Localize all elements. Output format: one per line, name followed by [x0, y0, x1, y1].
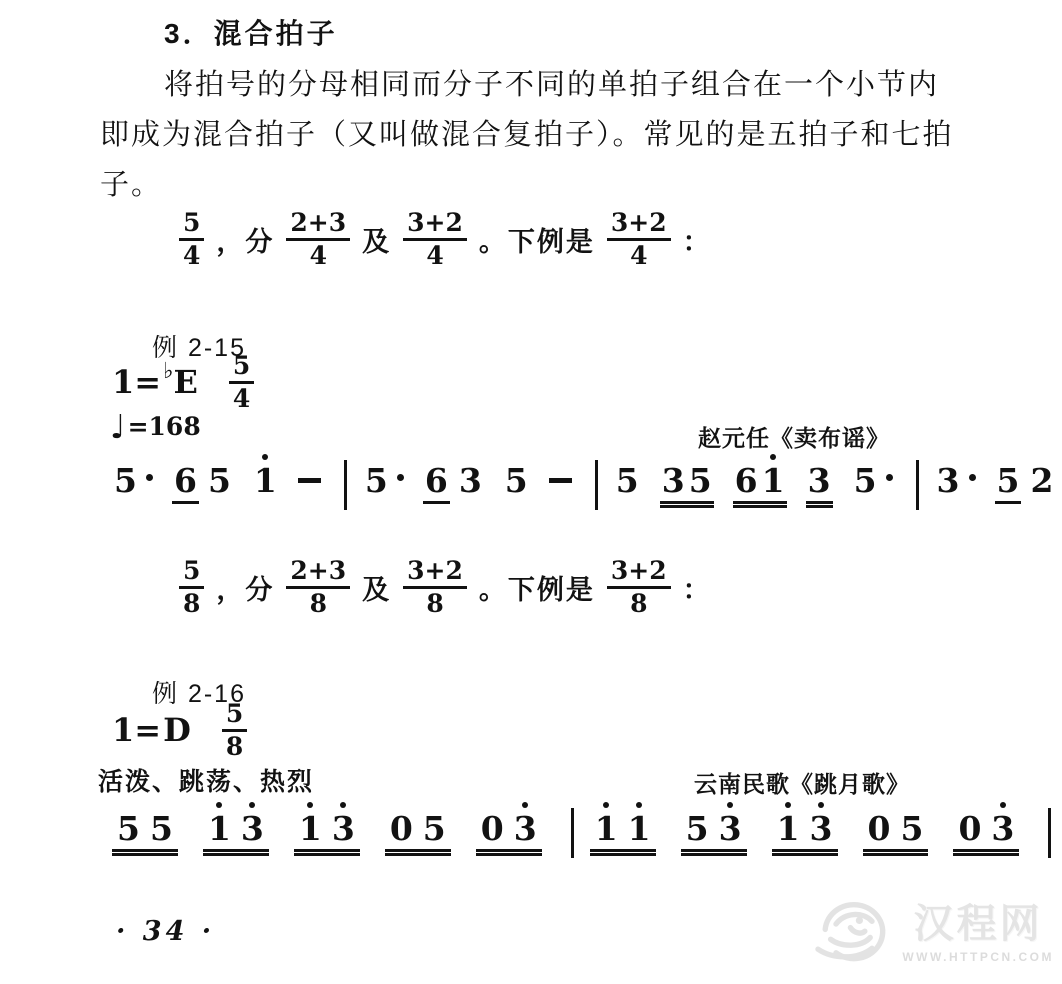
note: 53 — [681, 812, 747, 852]
score-line-1: 5651563553561353523 — [112, 464, 1062, 510]
fraction-denominator: 8 — [630, 589, 647, 618]
time-signature-denominator: 4 — [233, 384, 250, 413]
note-digit: 5 — [206, 464, 233, 497]
formula-text: 及 — [362, 220, 391, 259]
note: 6 — [172, 464, 199, 504]
formula-text: 。下例是 — [479, 220, 595, 259]
fraction-denominator: 4 — [310, 241, 327, 270]
note-digit: 1 — [252, 464, 279, 497]
section-title: 3．混合拍子 — [164, 12, 338, 52]
note: 13 — [203, 812, 269, 852]
key-signature-1: 1=♭E 5 4 — [112, 352, 259, 412]
watermark-logo-icon — [808, 888, 900, 978]
barline — [916, 460, 919, 510]
fraction-denominator: 4 — [630, 241, 647, 270]
key-prefix: 1= — [112, 363, 161, 401]
note-digit: 3 — [236, 812, 269, 845]
fraction-denominator: 8 — [310, 589, 327, 618]
note: 61 — [733, 464, 787, 504]
dash-note — [298, 478, 321, 483]
paragraph-line: 将拍号的分母相同而分子不同的单拍子组合在一个小节内 — [100, 60, 972, 110]
note-digit: 5 — [363, 464, 390, 497]
fraction-numerator: 3+2 — [607, 557, 671, 589]
fraction-numerator: 3+2 — [607, 209, 671, 241]
note: 2 — [1028, 464, 1055, 501]
watermark-brand: 汉程网 — [914, 902, 1043, 946]
note-digit: 3 — [327, 812, 360, 845]
note: 03 — [476, 812, 542, 852]
formula-text: ，分 — [216, 568, 274, 607]
barline — [595, 460, 598, 510]
augmentation-dot — [397, 474, 404, 481]
fraction: 3+28 — [403, 557, 467, 617]
note-digit: 0 — [476, 812, 509, 845]
time-signature-numerator: 5 — [222, 700, 247, 732]
paragraph-line: 子。 — [100, 160, 972, 210]
time-signature: 5 4 — [229, 352, 254, 412]
fraction: 3+28 — [607, 557, 671, 617]
note-digit: 1 — [590, 812, 623, 845]
note-digit: 3 — [660, 464, 687, 497]
paragraph-line: 即成为混合拍子（又叫做混合复拍子）。常见的是五拍子和七拍 — [100, 110, 972, 160]
formula-text: ，分 — [216, 220, 274, 259]
barline — [571, 808, 574, 858]
formula-text: ： — [683, 220, 712, 259]
page-number: · 34 · — [116, 916, 215, 947]
formula-text: 。下例是 — [479, 568, 595, 607]
note: 5 — [363, 464, 404, 501]
score-line-2: 55131305031153130503 — [112, 812, 1051, 858]
fraction-numerator: 2+3 — [286, 557, 350, 589]
note-digit: 1 — [203, 812, 236, 845]
note: 5 — [112, 464, 153, 501]
fraction: 3+24 — [607, 209, 671, 269]
note-digit: 5 — [503, 464, 530, 497]
augmentation-dot — [969, 474, 976, 481]
fraction-numerator: 5 — [179, 557, 204, 589]
note-digit: 6 — [733, 464, 760, 497]
body-paragraph: 将拍号的分母相同而分子不同的单拍子组合在一个小节内 即成为混合拍子（又叫做混合复… — [100, 60, 972, 210]
note: 35 — [660, 464, 714, 504]
augmentation-dot — [146, 474, 153, 481]
tempo-value: =168 — [128, 412, 201, 441]
note-digit: 0 — [953, 812, 986, 845]
fraction-denominator: 4 — [426, 241, 443, 270]
note: 5 — [503, 464, 530, 501]
note-digit: 6 — [172, 464, 199, 497]
note: 55 — [112, 812, 178, 852]
attribution-2: 云南民歌《跳月歌》 — [694, 766, 910, 799]
fraction: 54 — [179, 209, 204, 269]
note: 3 — [935, 464, 976, 501]
note-digit: 1 — [294, 812, 327, 845]
note-digit: 6 — [423, 464, 450, 497]
note-digit: 0 — [385, 812, 418, 845]
note-digit: 5 — [895, 812, 928, 845]
note-digit: 2 — [1028, 464, 1055, 497]
meter-formula-line-1: 54，分2+34及3+24。下例是3+24： — [174, 204, 719, 274]
note: 5 — [995, 464, 1022, 504]
dash-note — [549, 478, 572, 483]
time-signature-denominator: 8 — [226, 732, 243, 761]
attribution-1: 赵元任《卖布谣》 — [698, 420, 890, 453]
time-signature: 5 8 — [222, 700, 247, 760]
note: 1 — [252, 464, 279, 501]
note: 13 — [294, 812, 360, 852]
note: 5 — [614, 464, 641, 501]
augmentation-dot — [886, 474, 893, 481]
note-digit: 5 — [995, 464, 1022, 497]
key-letter: D — [163, 711, 191, 749]
note: 05 — [385, 812, 451, 852]
fraction: 58 — [179, 557, 204, 617]
note: 03 — [953, 812, 1019, 852]
note: 3 — [806, 464, 833, 504]
note: 5 — [852, 464, 893, 501]
note: 11 — [590, 812, 656, 852]
quarter-note-icon: ♩ — [110, 410, 126, 443]
note-digit: 3 — [806, 464, 833, 497]
fraction: 3+24 — [403, 209, 467, 269]
note-digit: 5 — [112, 464, 139, 497]
note-digit: 5 — [614, 464, 641, 497]
note-digit: 3 — [986, 812, 1019, 845]
fraction-denominator: 8 — [426, 589, 443, 618]
fraction-denominator: 8 — [183, 589, 200, 618]
note-digit: 0 — [863, 812, 896, 845]
watermark-url: WWW.HTTPCN.COM — [902, 950, 1054, 964]
note: 05 — [863, 812, 929, 852]
watermark-text: 汉程网 WWW.HTTPCN.COM — [902, 902, 1054, 964]
note-digit: 1 — [772, 812, 805, 845]
note: 3 — [457, 464, 484, 501]
key-signature-2: 1=D 5 8 — [112, 700, 252, 760]
meter-formula-line-2: 58，分2+38及3+28。下例是3+28： — [174, 552, 719, 622]
tempo-marking: ♩ =168 — [110, 410, 201, 443]
note-digit: 3 — [714, 812, 747, 845]
fraction: 2+38 — [286, 557, 350, 617]
fraction: 2+34 — [286, 209, 350, 269]
fraction-numerator: 2+3 — [286, 209, 350, 241]
note-digit: 5 — [681, 812, 714, 845]
fraction-numerator: 5 — [179, 209, 204, 241]
expression-marking: 活泼、跳荡、热烈 — [98, 762, 314, 798]
note-digit: 3 — [509, 812, 542, 845]
note-digit: 5 — [112, 812, 145, 845]
note-digit: 1 — [623, 812, 656, 845]
barline — [1048, 808, 1051, 858]
note: 5 — [206, 464, 233, 501]
fraction-numerator: 3+2 — [403, 557, 467, 589]
note-digit: 1 — [760, 464, 787, 497]
key-letter: E — [173, 363, 197, 401]
note-digit: 5 — [145, 812, 178, 845]
note-digit: 5 — [687, 464, 714, 497]
note: 6 — [423, 464, 450, 504]
barline — [344, 460, 347, 510]
note-digit: 5 — [418, 812, 451, 845]
formula-text: ： — [683, 568, 712, 607]
fraction-denominator: 4 — [183, 241, 200, 270]
formula-text: 及 — [362, 568, 391, 607]
flat-sign-icon: ♭ — [163, 359, 173, 384]
note-digit: 5 — [852, 464, 879, 497]
key-prefix: 1= — [112, 711, 161, 749]
book-page: 3．混合拍子 将拍号的分母相同而分子不同的单拍子组合在一个小节内 即成为混合拍子… — [0, 0, 1062, 984]
watermark: 汉程网 WWW.HTTPCN.COM — [808, 888, 1054, 978]
note-digit: 3 — [935, 464, 962, 497]
note-digit: 3 — [805, 812, 838, 845]
fraction-numerator: 3+2 — [403, 209, 467, 241]
note-digit: 3 — [457, 464, 484, 497]
time-signature-numerator: 5 — [229, 352, 254, 384]
note: 13 — [772, 812, 838, 852]
